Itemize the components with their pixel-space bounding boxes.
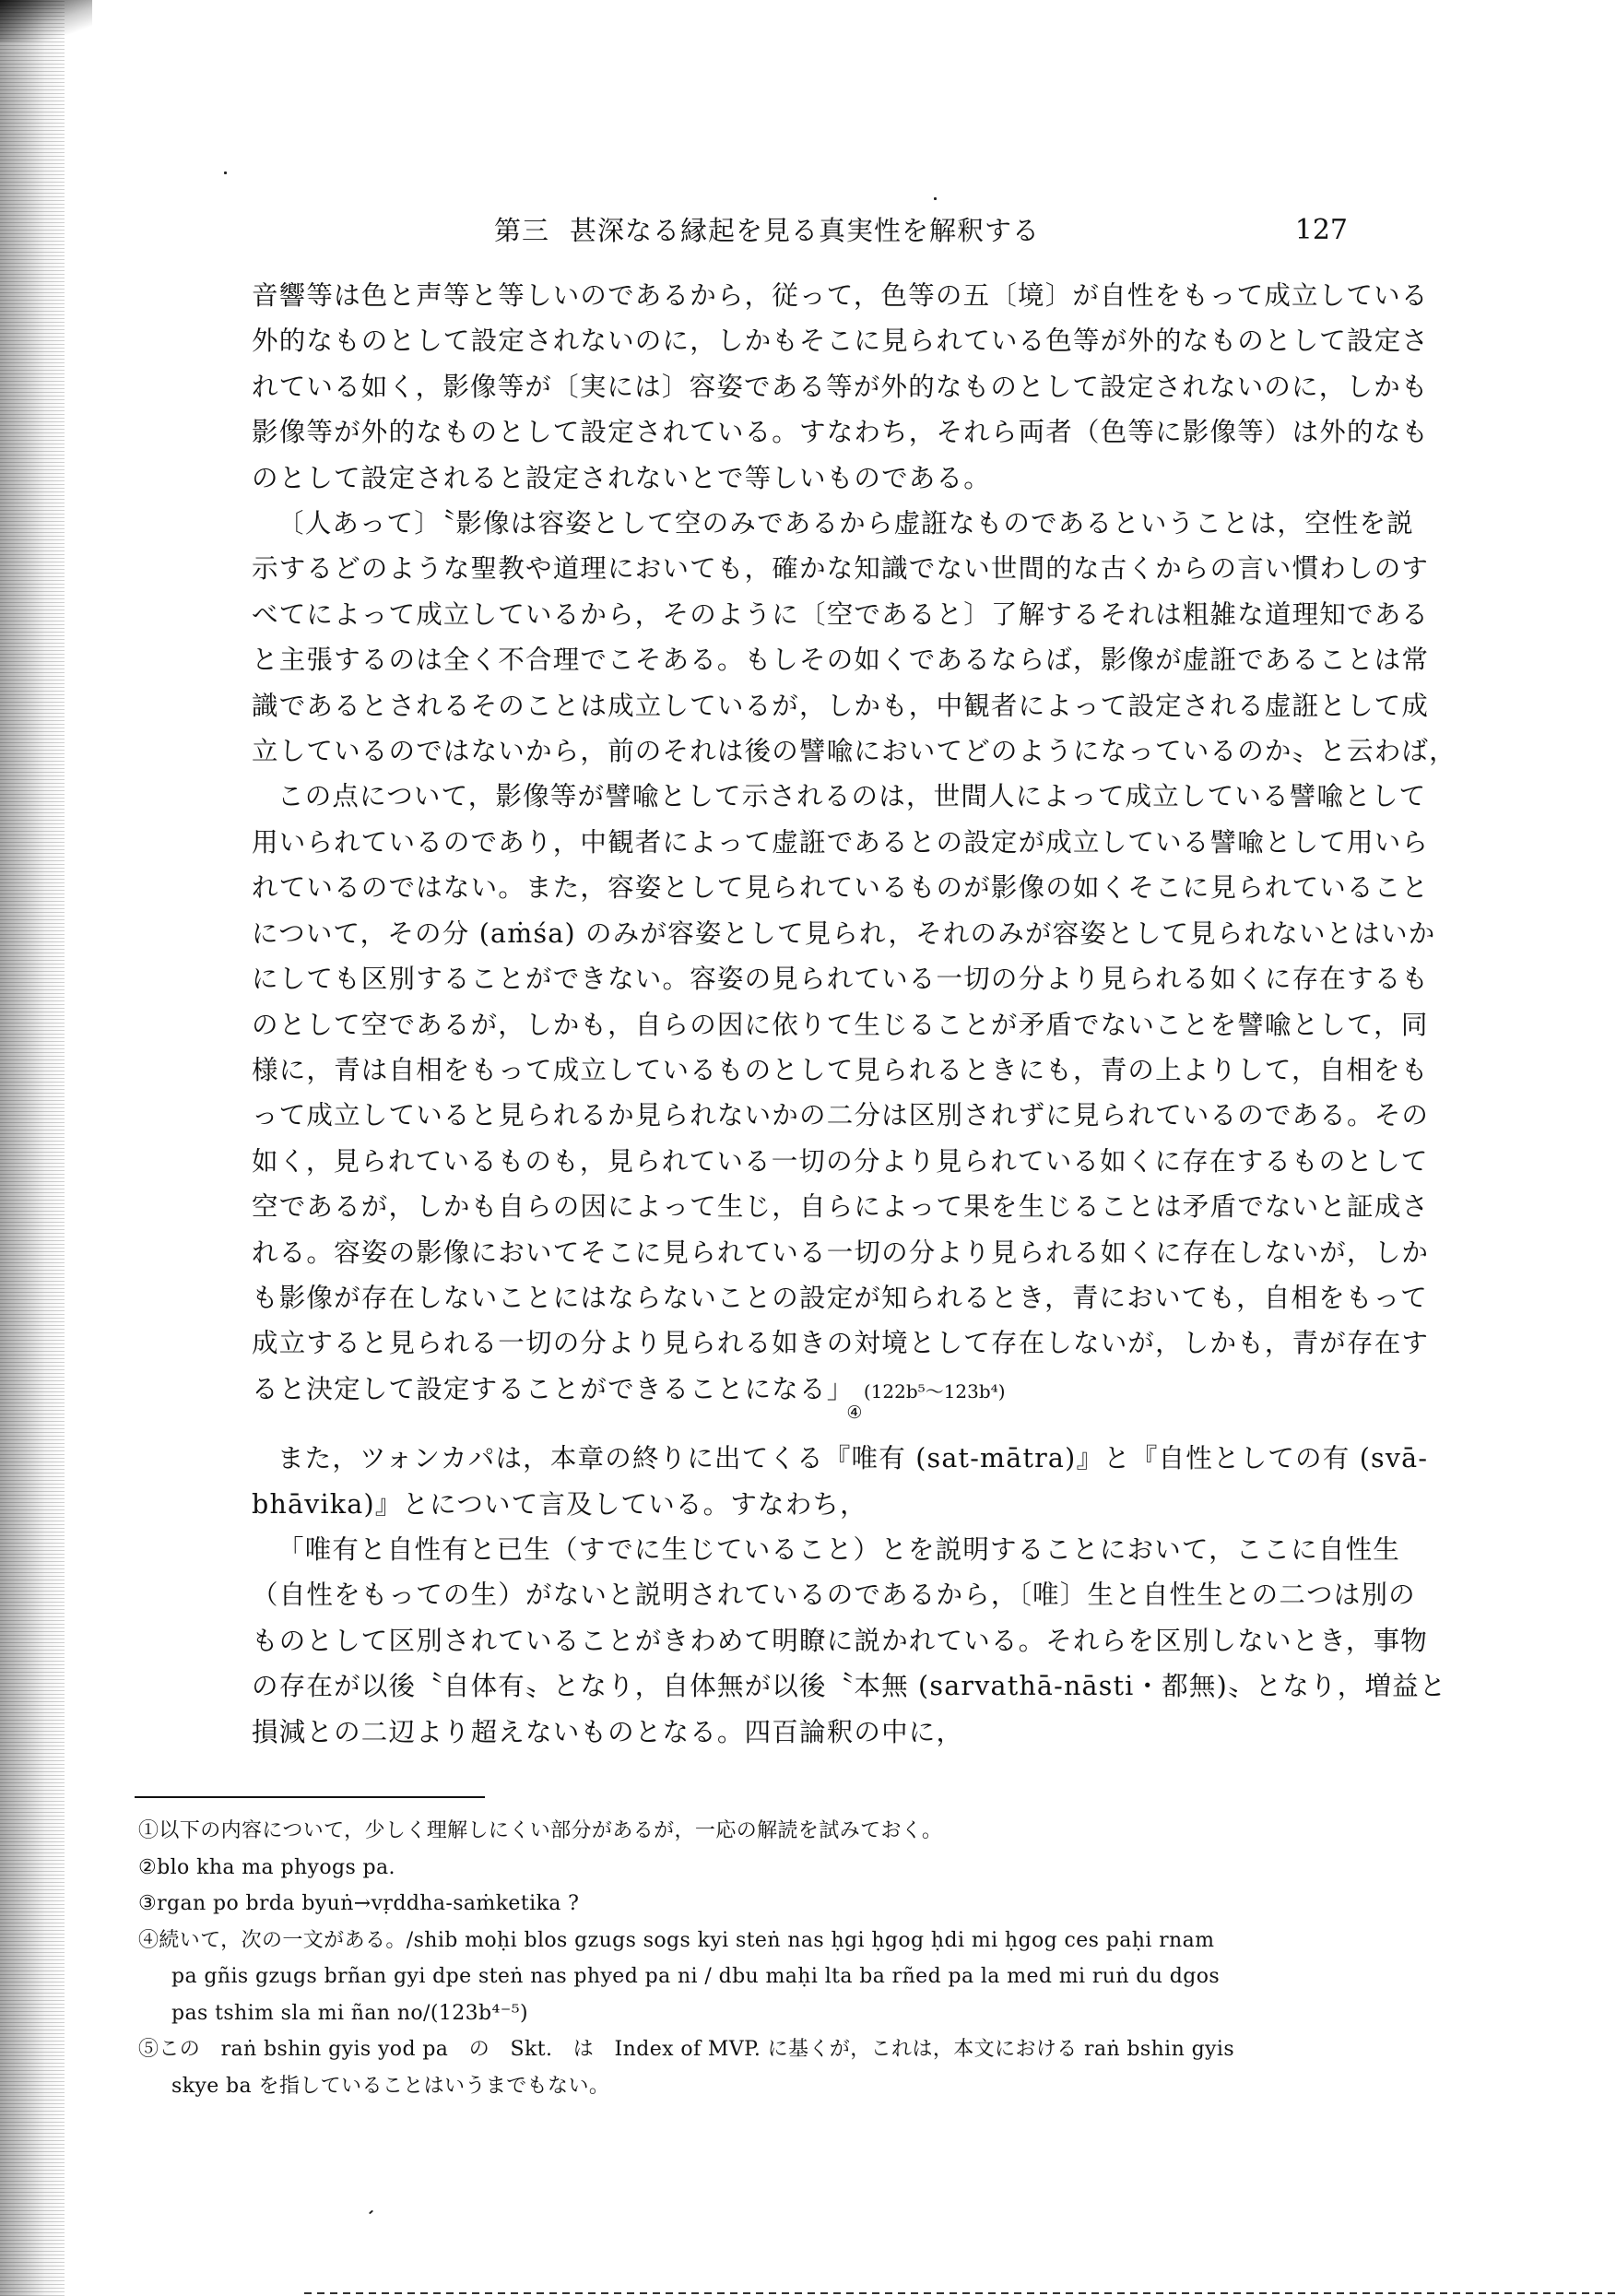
citation: (122b⁵〜123b⁴) [864,1380,1006,1402]
text-line: ると決定して設定することができることになる」④ (122b⁵〜123b⁴) [252,1367,1395,1436]
text-line: にしても区別することができない。容姿の見られている一切の分より見られる如くに存在… [252,956,1395,1001]
paragraph-3: この点について，影像等が譬喩として示されるのは，世間人によって成立している譬喩と… [252,774,1395,1436]
scan-shadow-edge [0,0,65,2296]
footnote-text: この raṅ bshin gyis yod pa の Skt. は Index … [159,2038,1234,2061]
text-line: について，その分 (aṁśa) のみが容姿として見られ，それのみが容姿として見ら… [252,911,1395,956]
footnote-mark: ① [138,1819,159,1842]
text-line: のとして設定されると設定されないとで等しいものである。 [252,456,1395,501]
paragraph-2: 〔人あって〕〝影像は容姿として空のみであるから虚誑なものであるということは，空性… [252,501,1395,774]
footnote-5: ⑤この raṅ bshin gyis yod pa の Skt. は Index… [138,2031,1401,2104]
text-line: 識であるとされるそのことは成立しているが，しかも，中観者によって設定される虚誑と… [252,683,1395,728]
scan-speck [369,2210,373,2215]
text-line: 「唯有と自性有と已生（すでに生じていること）とを説明することにおいて，ここに自性… [252,1527,1395,1572]
running-head: 第三甚深なる縁起を見る真実性を解釈する [494,212,1342,249]
footnote-mark: ③ [138,1892,157,1915]
text-line: 外的なものとして設定されないのに，しかもそこに見られている色等が外的なものとして… [252,318,1395,363]
page-number: 127 [1295,212,1348,249]
chapter-label: 第三 [494,212,549,249]
paragraph-4: また，ツォンカパは，本章の終りに出てくる『唯有 (sat-mātra)』と『自性… [252,1436,1395,1527]
footnote-3: ③rgan po brda byuṅ→vṛddha-saṁketika ? [138,1886,1401,1923]
text-line: 〔人あって〕〝影像は容姿として空のみであるから虚誑なものであるということは，空性… [252,501,1395,546]
text-line: の存在が以後〝自体有〟となり，自体無が以後〝本無 (sarvathā-nāsti… [252,1663,1395,1709]
text-line: ものとして区別されていることがきわめて明瞭に説かれている。それらを区別しないとき… [252,1618,1395,1663]
paragraph-5-quote: 「唯有と自性有と已生（すでに生じていること）とを説明することにおいて，ここに自性… [252,1527,1395,1755]
scan-bottom-edge [304,2292,1616,2294]
text-line: この点について，影像等が譬喩として示されるのは，世間人によって成立している譬喩と… [252,774,1395,819]
text-line: べてによって成立しているから，そのように〔空であると〕了解するそれは粗雑な道理知… [252,592,1395,637]
text-line: れている如く，影像等が〔実には〕容姿である等が外的なものとして設定されないのに，… [252,364,1395,409]
text-line: も影像が存在しないことにはならないことの設定が知られるとき，青においても，自相を… [252,1275,1395,1320]
footnote-mark: ④ [138,1929,159,1952]
footnote-mark: ⑤ [138,2038,159,2061]
text-line: 様に，青は自相をもって成立しているものとして見られるときにも，青の上よりして，自… [252,1047,1395,1093]
text-line: と主張するのは全く不合理でこそある。もしその如くであるならば，影像が虚誑であるこ… [252,637,1395,682]
footnote-mark: ② [138,1856,157,1879]
text-line: bhāvika)』とについて言及している。すなわち， [252,1482,1395,1527]
footnote-1: ①以下の内容について，少しく理解しにくい部分があるが，一応の解読を試みておく。 [138,1813,1401,1850]
footnote-text: 続いて，次の一文がある。/shib moḥi blos gzugs sogs k… [159,1929,1214,1952]
footnote-text-cont: skye ba を指していることはいうまでもない。 [138,2068,1401,2105]
footnote-divider [135,1796,485,1798]
text-line: 損減との二辺より超えないものとなる。四百論釈の中に， [252,1710,1395,1755]
footnote-text: blo kha ma phyogs pa. [157,1856,395,1879]
footnote-2: ②blo kha ma phyogs pa. [138,1850,1401,1887]
paragraph-1: 音響等は色と声等と等しいのであるから，従って，色等の五〔境〕が自性をもって成立し… [252,273,1395,501]
footnote-text: 以下の内容について，少しく理解しにくい部分があるが，一応の解読を試みておく。 [159,1819,942,1842]
text-line: れているのではない。また，容姿として見られているものが影像の如くそこに見られてい… [252,865,1395,910]
footnote-text-cont: pa gñis gzugs brñan gyi dpe steṅ nas phy… [138,1959,1401,1995]
text-line: れる。容姿の影像においてそこに見られている一切の分より見られる如くに存在しないが… [252,1230,1395,1275]
body-text: 音響等は色と声等と等しいのであるから，従って，色等の五〔境〕が自性をもって成立し… [252,273,1395,1755]
scan-shadow-corner [0,0,92,41]
text-line: 影像等が外的なものとして設定されている。すなわち，それら両者（色等に影像等）は外… [252,409,1395,455]
scan-speck [224,172,227,174]
text-line: また，ツォンカパは，本章の終りに出てくる『唯有 (sat-mātra)』と『自性… [252,1436,1395,1481]
footnote-text: rgan po brda byuṅ→vṛddha-saṁketika ? [157,1892,579,1915]
text-line: 如く，見られているものも，見られている一切の分より見られている如くに存在するもの… [252,1139,1395,1184]
text-line-content: ると決定して設定することができることになる」 [252,1374,854,1404]
text-line: って成立していると見られるか見られないかの二分は区別されずに見られているのである… [252,1093,1395,1138]
text-line: 用いられているのであり，中観者によって虚誑であるとの設定が成立している譬喩として… [252,820,1395,865]
footnotes: ①以下の内容について，少しく理解しにくい部分があるが，一応の解読を試みておく。 … [138,1813,1401,2104]
text-line: （自性をもっての生）がないと説明されているのであるから，〔唯〕生と自性生との二つ… [252,1572,1395,1617]
chapter-title: 甚深なる縁起を見る真実性を解釈する [570,215,1040,246]
scan-speck [934,197,937,200]
text-line: 立しているのではないから，前のそれは後の譬喩においてどのようになっているのか〟と… [252,728,1395,774]
footnote-4: ④続いて，次の一文がある。/shib moḥi blos gzugs sogs … [138,1923,1401,2032]
text-line: 示するどのような聖教や道理においても，確かな知識でない世間的な古くからの言い慣わ… [252,546,1395,591]
text-line: 空であるが，しかも自らの因によって生じ，自らによって果を生じることは矛盾でないと… [252,1184,1395,1229]
text-line: 音響等は色と声等と等しいのであるから，従って，色等の五〔境〕が自性をもって成立し… [252,273,1395,318]
footnote-text-cont: pas tshim sla mi ñan no/(123b⁴⁻⁵) [138,1995,1401,2032]
note-mark-4: ④ [846,1402,863,1423]
text-line: 成立すると見られる一切の分より見られる如きの対境として存在しないが，しかも，青が… [252,1320,1395,1366]
text-line: のとして空であるが，しかも，自らの因に依りて生じることが矛盾でないことを譬喩とし… [252,1002,1395,1047]
